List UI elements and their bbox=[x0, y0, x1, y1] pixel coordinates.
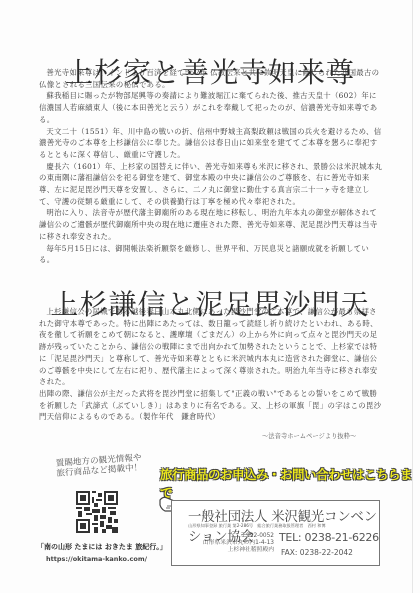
promo-text: 置賜地方の観光情報や 旅行商品など掲載中！ bbox=[43, 452, 154, 480]
section1-paragraph: 天文二十（1551）年、川中島の戦いの折、信州中野城主高梨政頼は戦国の兵火を避け… bbox=[39, 126, 383, 161]
phone-number[interactable]: TEL: 0238-21-6226 bbox=[279, 531, 379, 544]
section2-paragraph: 出陣の際、謙信公が主だった武将を毘沙門堂に招集して"正義の戦い"であるとの誓いを… bbox=[39, 388, 383, 423]
section2-body: 上杉謙信公の居城である越後春日山本丸北側にあった毘沙門堂のご本尊で、謙信公が最も… bbox=[39, 306, 383, 423]
source-note: 〜法音寺ホームページより抜粋〜 bbox=[262, 431, 356, 440]
qr-code-icon[interactable] bbox=[76, 491, 118, 533]
contact-box: 一般社団法人 米沢観光コンベンション協会 山形県知事登録 旅行業 第2-286号… bbox=[171, 500, 380, 566]
section1-paragraph: 毎年5月15日には、御開帳法楽祈願祭を厳修し、世界平和、万民息災と諸願成就を祈願… bbox=[39, 243, 383, 266]
postal-code: 〒992-0052 bbox=[184, 533, 274, 540]
section1-paragraph: 蘇我稲目に賜ったが物部尾興等の奏請により難波堀江に棄てられた後、推古天皇十（60… bbox=[39, 90, 383, 125]
license-info: 山形県知事登録 旅行業 第2-286号 総合旅行業務取扱管理者 西村 和博 bbox=[188, 523, 326, 529]
section1-paragraph: 明治に入り、法音寺が歴代藩主御廟所のある現在地に移転し、明治九年本丸の御堂が解体… bbox=[39, 207, 383, 242]
website-link[interactable]: https://okitama-kanko.com/ bbox=[46, 555, 147, 563]
fax-number: FAX: 0238-22-2042 bbox=[281, 548, 353, 557]
section2-paragraph: 上杉謙信公の居城である越後春日山本丸北側にあった毘沙門堂のご本尊で、謙信公が最も… bbox=[39, 306, 383, 388]
section1-paragraph: 慶長六（1601）年、上杉家の国替えに伴い、善光寺如来尊も米沢に移され、景勝公は… bbox=[39, 161, 383, 208]
address: 〒992-0052 山形県米沢市丸の内1-4-13 上杉神社稽照殿内 bbox=[184, 533, 274, 554]
tagline: 「南の山形 たまには おきたま 旅紀行。」 bbox=[37, 542, 167, 552]
section1-body: 善光寺如来尊は、インドより百済を経て552年 仏教伝来と共に欽明天皇に献じられた… bbox=[39, 67, 383, 266]
section1-paragraph: 善光寺如来尊は、インドより百済を経て552年 仏教伝来と共に欽明天皇に献じられた… bbox=[39, 67, 383, 90]
inquiry-banner: 旅行商品のお申込み・お問い合わせはこちらまで bbox=[160, 465, 420, 501]
address-line-1: 山形県米沢市丸の内1-4-13 bbox=[184, 540, 274, 547]
address-line-2: 上杉神社稽照殿内 bbox=[184, 547, 274, 554]
